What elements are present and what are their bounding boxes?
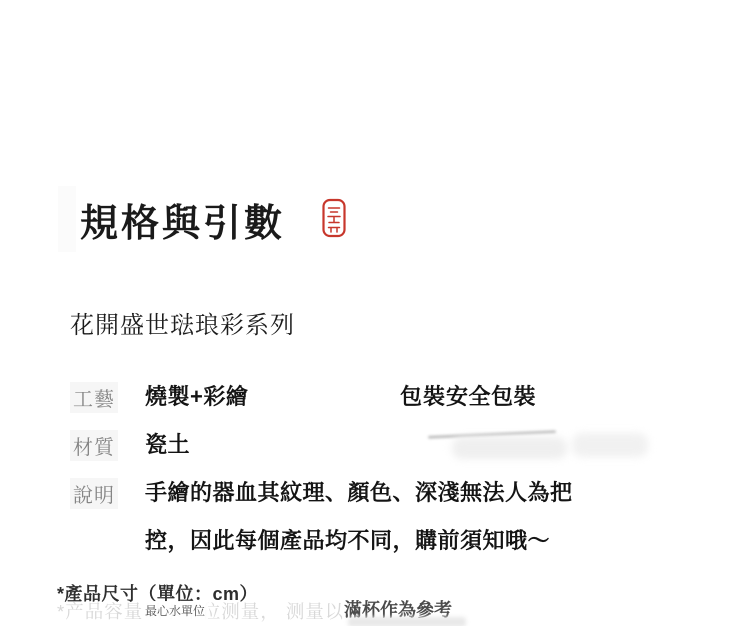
spec-value-craft: 燒製+彩繪 — [145, 380, 248, 411]
title-accent-bar — [58, 186, 76, 252]
series-name: 花開盛世琺琅彩系列 — [70, 305, 295, 340]
overlay-text-small: 最心水單位 — [142, 601, 208, 620]
spec-value-description-line1: 手繪的器血其紋理、顏色、深淺無法人為把 — [145, 476, 573, 507]
product-spec-page: 規格與引數 花開盛世琺琅彩系列 工藝 燒製+彩繪 材質 瓷土 說明 手繪的器血其… — [0, 0, 750, 626]
page-title: 規格與引數 — [80, 192, 285, 247]
faded-capacity-note: *产品容量以水单位测量， 测量以产品 — [57, 598, 383, 624]
spec-value-description-line2: 控，因此每個產品均不同，購前須知哦～ — [145, 524, 550, 555]
clipped-ghost-text — [348, 617, 466, 626]
faded-text-smudge-blob — [452, 437, 567, 459]
spec-value-packaging: 安全包裝 — [446, 384, 536, 409]
spec-label-description: 說明 — [70, 478, 118, 509]
red-seal-stamp-icon — [322, 198, 346, 238]
spec-label-packaging: 包裝 — [400, 384, 446, 409]
spec-label-material: 材質 — [70, 430, 118, 461]
spec-row-packaging: 包裝安全包裝 — [400, 380, 536, 411]
spec-label-craft: 工藝 — [70, 382, 118, 413]
faded-text-smudge-blob — [572, 433, 648, 457]
spec-value-material: 瓷土 — [145, 428, 190, 459]
